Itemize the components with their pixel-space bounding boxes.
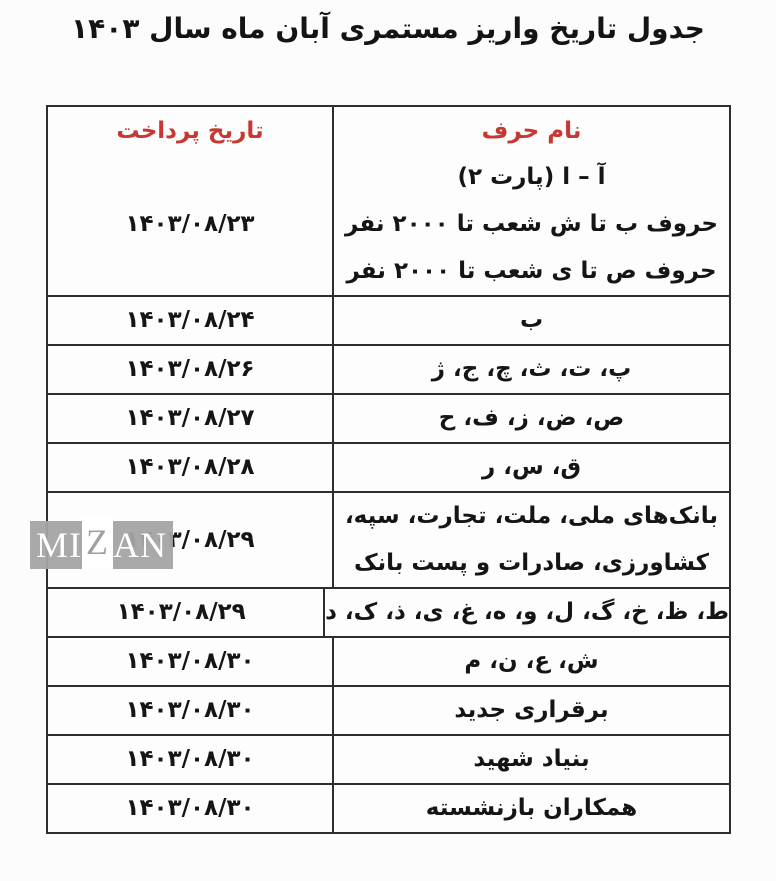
payment-date-value: ۱۴۰۳/۰۸/۲۷	[125, 395, 254, 442]
letter-name-cell: همکاران بازنشسته	[332, 785, 729, 832]
mizan-watermark: MIZAN	[30, 521, 173, 569]
payment-date-value: ۱۴۰۳/۰۸/۳۰	[125, 736, 254, 783]
payment-date-cell: ۱۴۰۳/۰۸/۲۹	[39, 589, 323, 636]
payment-date-cell: ۱۴۰۳/۰۸/۳۰	[48, 736, 332, 783]
letter-name-line: بانک‌های ملی، ملت، تجارت، سپه،	[345, 493, 718, 540]
watermark-text-left: MI	[36, 521, 82, 569]
table-row: بنیاد شهید ۱۴۰۳/۰۸/۳۰	[48, 734, 729, 783]
table-row: ص، ض، ز، ف، ح ۱۴۰۳/۰۸/۲۷	[48, 393, 729, 442]
letter-name-cell: ط، ظ، خ، گ، ل، و، ه، غ، ی، ذ، ک، د	[323, 589, 729, 636]
payment-date-value: ۱۴۰۳/۰۸/۳۰	[125, 785, 254, 832]
table-row: پ، ت، ث، چ، ج، ژ ۱۴۰۳/۰۸/۲۶	[48, 344, 729, 393]
letter-name-cell: ب	[332, 297, 729, 344]
letter-name-cell: ق، س، ر	[332, 444, 729, 491]
payment-date-cell: ۱۴۰۳/۰۸/۲۴	[48, 297, 332, 344]
letter-name-line: آ – ا (پارت ۲)	[458, 154, 606, 201]
payment-date-cell: ۱۴۰۳/۰۸/۲۶	[48, 346, 332, 393]
payment-date-cell: ۱۴۰۳/۰۸/۳۰	[48, 687, 332, 734]
letter-name-line: همکاران بازنشسته	[426, 785, 637, 832]
payment-date-value: ۱۴۰۳/۰۸/۲۳	[125, 201, 254, 248]
letter-name-line: حروف ب تا ش شعب تا ۲۰۰۰ نفر	[345, 201, 718, 248]
letter-name-line: کشاورزی، صادرات و پست بانک	[354, 540, 709, 587]
letter-name-line: بنیاد شهید	[473, 736, 589, 783]
payment-date-cell: ۱۴۰۳/۰۸/۲۸	[48, 444, 332, 491]
letter-name-line: ب	[520, 297, 543, 344]
letter-name-line: ص، ض، ز، ف، ح	[439, 395, 624, 442]
letter-name-line: حروف ص تا ی شعب تا ۲۰۰۰ نفر	[346, 248, 716, 295]
letter-name-cell: آ – ا (پارت ۲)حروف ب تا ش شعب تا ۲۰۰۰ نف…	[332, 154, 729, 295]
page-title: جدول تاریخ واریز مستمری آبان ماه سال ۱۴۰…	[0, 12, 776, 45]
payment-date-cell: ۱۴۰۳/۰۸/۲۷	[48, 395, 332, 442]
table-row: برقراری جدید ۱۴۰۳/۰۸/۳۰	[48, 685, 729, 734]
payment-schedule-table: نام حرف تاریخ پرداخت آ – ا (پارت ۲)حروف …	[46, 105, 731, 834]
table-row: ق، س، ر ۱۴۰۳/۰۸/۲۸	[48, 442, 729, 491]
column-header-letter-name: نام حرف	[332, 107, 729, 154]
letter-name-cell: بانک‌های ملی، ملت، تجارت، سپه،کشاورزی، ص…	[332, 493, 729, 587]
payment-date-value: ۱۴۰۳/۰۸/۲۶	[125, 346, 254, 393]
payment-date-value: ۱۴۰۳/۰۸/۲۹	[117, 589, 246, 636]
letter-name-line: ش، ع، ن، م	[464, 638, 598, 685]
table-row: آ – ا (پارت ۲)حروف ب تا ش شعب تا ۲۰۰۰ نف…	[48, 154, 729, 295]
table-body: آ – ا (پارت ۲)حروف ب تا ش شعب تا ۲۰۰۰ نف…	[48, 154, 729, 832]
column-header-payment-date: تاریخ پرداخت	[48, 107, 332, 154]
table-row: ب ۱۴۰۳/۰۸/۲۴	[48, 295, 729, 344]
letter-name-cell: برقراری جدید	[332, 687, 729, 734]
watermark-text-z: Z	[82, 515, 113, 569]
table-row: ط، ظ، خ، گ، ل، و، ه، غ، ی، ذ، ک، د ۱۴۰۳/…	[48, 587, 729, 636]
payment-date-value: ۱۴۰۳/۰۸/۲۸	[125, 444, 254, 491]
payment-date-value: ۱۴۰۳/۰۸/۳۰	[125, 687, 254, 734]
payment-date-value: ۱۴۰۳/۰۸/۲۴	[125, 297, 254, 344]
letter-name-cell: ش، ع، ن، م	[332, 638, 729, 685]
payment-date-cell: ۱۴۰۳/۰۸/۳۰	[48, 638, 332, 685]
letter-name-line: برقراری جدید	[454, 687, 608, 734]
payment-date-cell: ۱۴۰۳/۰۸/۲۳	[48, 154, 332, 295]
letter-name-line: ق، س، ر	[482, 444, 581, 491]
letter-name-cell: ص، ض، ز، ف، ح	[332, 395, 729, 442]
table-header-row: نام حرف تاریخ پرداخت	[48, 107, 729, 154]
letter-name-cell: بنیاد شهید	[332, 736, 729, 783]
letter-name-cell: پ، ت، ث، چ، ج، ژ	[332, 346, 729, 393]
watermark-text-right: AN	[113, 521, 167, 569]
page: { "page": { "title": "جدول تاریخ واریز م…	[0, 0, 776, 881]
table-row: ش، ع، ن، م ۱۴۰۳/۰۸/۳۰	[48, 636, 729, 685]
letter-name-line: ط، ظ، خ، گ، ل، و، ه، غ، ی، ذ، ک، د	[325, 589, 729, 636]
payment-date-cell: ۱۴۰۳/۰۸/۳۰	[48, 785, 332, 832]
letter-name-line: پ، ت، ث، چ، ج، ژ	[432, 346, 631, 393]
payment-date-value: ۱۴۰۳/۰۸/۳۰	[125, 638, 254, 685]
table-row: همکاران بازنشسته ۱۴۰۳/۰۸/۳۰	[48, 783, 729, 832]
